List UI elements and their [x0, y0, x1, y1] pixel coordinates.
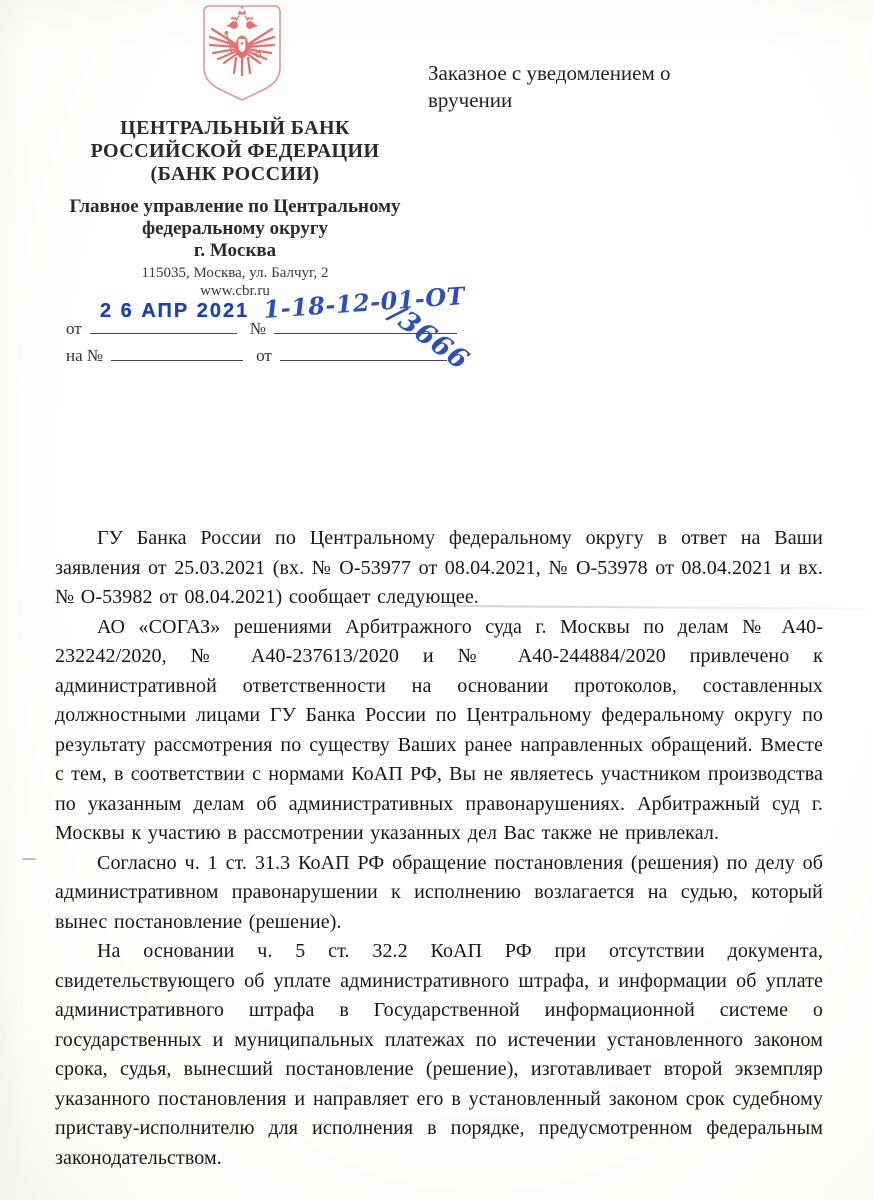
address-line: 115035, Москва, ул. Балчуг, 2 [40, 264, 430, 282]
org-name-line1: ЦЕНТРАЛЬНЫЙ БАНК [40, 117, 430, 140]
scanned-letter-page: Заказное с уведомлением о вручении ЦЕНТР… [0, 0, 873, 1200]
from-label: от [66, 319, 82, 338]
letter-body: ГУ Банка России по Центральному федераль… [55, 524, 823, 1173]
paragraph-2: АО «СОГАЗ» решениями Арбитражного суда г… [55, 613, 823, 849]
from-date-blank-line [90, 318, 237, 334]
coat-of-arms-icon [203, 5, 281, 101]
org-name-line2: РОССИЙСКОЙ ФЕДЕРАЦИИ [40, 140, 430, 163]
reply-to-label: на № [66, 346, 103, 365]
org-name-line3: (БАНК РОССИИ) [40, 163, 430, 186]
mailing-note: Заказное с уведомлением о вручении [428, 60, 748, 114]
scan-speck [22, 858, 36, 860]
paragraph-1: ГУ Банка России по Центральному федераль… [55, 524, 823, 613]
paragraph-4: На основании ч. 5 ст. 32.2 КоАП РФ при о… [55, 937, 823, 1173]
handwritten-number-main: 1-18-12-01-ОТ [262, 281, 467, 324]
paragraph-3: Согласно ч. 1 ст. 31.3 КоАП РФ обращение… [55, 849, 823, 938]
org-name-block: ЦЕНТРАЛЬНЫЙ БАНК РОССИЙСКОЙ ФЕДЕРАЦИИ (Б… [40, 117, 430, 186]
division-line1: Главное управление по Центральному [40, 196, 430, 218]
reply-number-blank-line [111, 345, 243, 361]
division-line3: г. Москва [40, 240, 430, 262]
handwritten-number: 1-18-12-01-ОТ /3666 [260, 288, 475, 374]
division-block: Главное управление по Центральному федер… [40, 196, 430, 262]
division-line2: федеральному округу [40, 218, 430, 240]
